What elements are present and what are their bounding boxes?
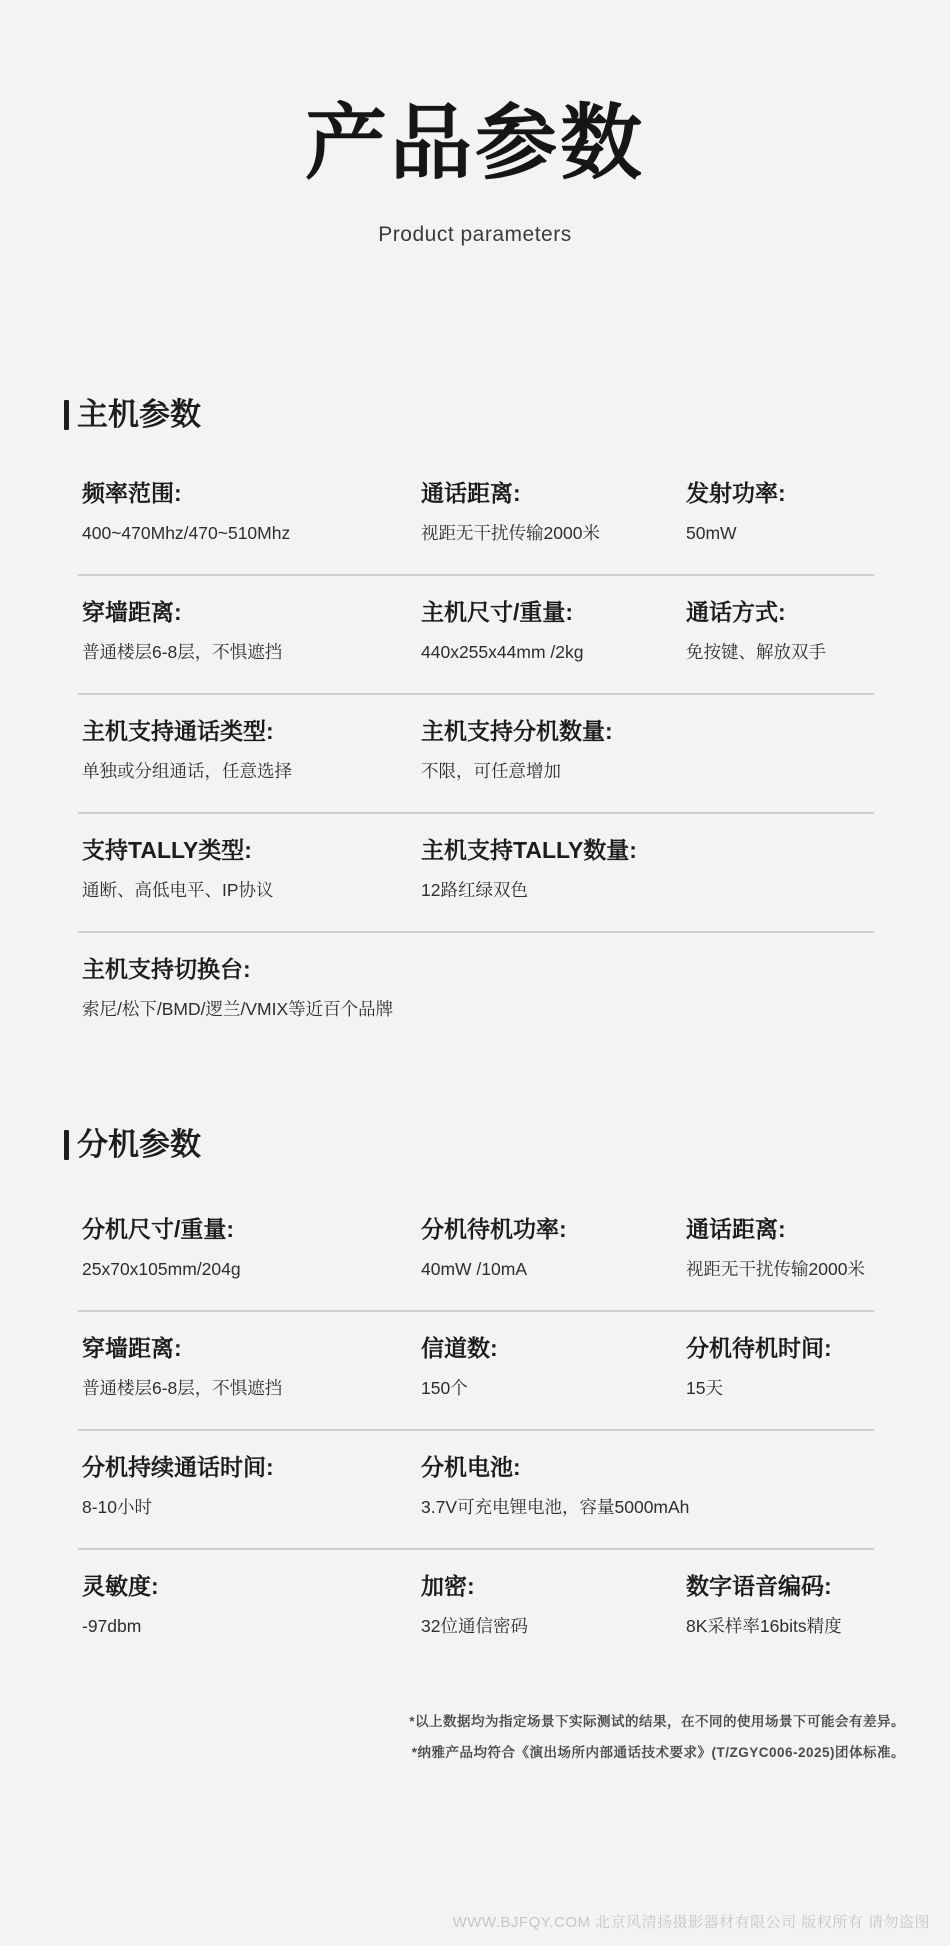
spec-item-transmit-power: 发射功率: 50mW	[686, 479, 874, 546]
spec-label: 穿墙距离:	[82, 598, 421, 627]
spec-value: 12路红绿双色	[421, 878, 874, 903]
spec-row: 主机支持切换台: 索尼/松下/BMD/逻兰/VMIX等近百个品牌	[82, 933, 874, 1050]
spec-label: 分机待机时间:	[686, 1334, 874, 1363]
handset-params-heading: 分机参数	[64, 1125, 874, 1165]
spec-row: 支持TALLY类型: 通断、高低电平、IP协议 主机支持TALLY数量: 12路…	[82, 814, 874, 931]
spec-label: 发射功率:	[686, 479, 874, 508]
spec-item-switchers: 主机支持切换台: 索尼/松下/BMD/逻兰/VMIX等近百个品牌	[82, 955, 874, 1022]
footnotes: *以上数据均为指定场景下实际测试的结果，在不同的使用场景下可能会有差异。 *纳雅…	[0, 1715, 950, 1759]
spec-item-voice-encoding: 数字语音编码: 8K采样率16bits精度	[686, 1572, 874, 1639]
spec-value: 440x255x44mm /2kg	[421, 640, 686, 665]
spec-item-handset-count: 主机支持分机数量: 不限，可任意增加	[421, 717, 874, 784]
spec-label: 灵敏度:	[82, 1572, 421, 1601]
spec-value: -97dbm	[82, 1614, 421, 1639]
spec-item-tally-count: 主机支持TALLY数量: 12路红绿双色	[421, 836, 874, 903]
spec-row: 穿墙距离: 普通楼层6-8层，不惧遮挡 主机尺寸/重量: 440x255x44m…	[82, 576, 874, 693]
handset-params-section: 分机参数 分机尺寸/重量: 25x70x105mm/204g 分机待机功率: 4…	[64, 1125, 874, 1667]
spec-label: 频率范围:	[82, 479, 421, 508]
spec-item-channel-count: 信道数: 150个	[421, 1334, 686, 1401]
spec-item-wall-distance: 穿墙距离: 普通楼层6-8层，不惧遮挡	[82, 1334, 421, 1401]
host-params-heading: 主机参数	[64, 395, 874, 435]
spec-label: 分机待机功率:	[421, 1215, 686, 1244]
spec-label: 数字语音编码:	[686, 1572, 874, 1601]
spec-item-continuous-talk-time: 分机持续通话时间: 8-10小时	[82, 1453, 421, 1520]
spec-value: 普通楼层6-8层，不惧遮挡	[82, 1376, 421, 1401]
spec-value: 50mW	[686, 521, 874, 546]
spec-label: 穿墙距离:	[82, 1334, 421, 1363]
spec-item-standby-time: 分机待机时间: 15天	[686, 1334, 874, 1401]
spec-item-sensitivity: 灵敏度: -97dbm	[82, 1572, 421, 1639]
spec-row: 频率范围: 400~470Mhz/470~510Mhz 通话距离: 视距无干扰传…	[82, 435, 874, 574]
spec-value: 单独或分组通话，任意选择	[82, 759, 421, 784]
spec-item-tally-types: 支持TALLY类型: 通断、高低电平、IP协议	[82, 836, 421, 903]
spec-item-talk-mode: 通话方式: 免按键、解放双手	[686, 598, 874, 665]
spec-item-talk-distance: 通话距离: 视距无干扰传输2000米	[686, 1215, 874, 1282]
spec-row: 灵敏度: -97dbm 加密: 32位通信密码 数字语音编码: 8K采样率16b…	[82, 1550, 874, 1667]
spec-label: 加密:	[421, 1572, 686, 1601]
spec-label: 主机支持切换台:	[82, 955, 874, 984]
host-spec-rows: 频率范围: 400~470Mhz/470~510Mhz 通话距离: 视距无干扰传…	[82, 435, 874, 1050]
spec-label: 主机尺寸/重量:	[421, 598, 686, 627]
spec-label: 主机支持TALLY数量:	[421, 836, 874, 865]
spec-row: 主机支持通话类型: 单独或分组通话，任意选择 主机支持分机数量: 不限，可任意增…	[82, 695, 874, 812]
spec-value: 不限，可任意增加	[421, 759, 874, 784]
spec-value: 8K采样率16bits精度	[686, 1614, 874, 1639]
spec-item-frequency-range: 频率范围: 400~470Mhz/470~510Mhz	[82, 479, 421, 546]
host-params-section: 主机参数 频率范围: 400~470Mhz/470~510Mhz 通话距离: 视…	[64, 395, 874, 1050]
spec-value: 8-10小时	[82, 1495, 421, 1520]
spec-label: 信道数:	[421, 1334, 686, 1363]
spec-label: 分机持续通话时间:	[82, 1453, 421, 1482]
spec-label: 分机尺寸/重量:	[82, 1215, 421, 1244]
spec-label: 主机支持分机数量:	[421, 717, 874, 746]
page-subtitle: Product parameters	[0, 223, 950, 247]
footnote-test-disclaimer: *以上数据均为指定场景下实际测试的结果，在不同的使用场景下可能会有差异。	[0, 1715, 905, 1729]
spec-item-host-size-weight: 主机尺寸/重量: 440x255x44mm /2kg	[421, 598, 686, 665]
spec-item-encryption: 加密: 32位通信密码	[421, 1572, 686, 1639]
spec-value: 视距无干扰传输2000米	[686, 1257, 874, 1282]
spec-label: 支持TALLY类型:	[82, 836, 421, 865]
copyright-watermark: WWW.BJFQY.COM 北京风清扬摄影器材有限公司 版权所有 请勿盗图	[453, 1911, 930, 1932]
spec-value: 通断、高低电平、IP协议	[82, 878, 421, 903]
spec-label: 主机支持通话类型:	[82, 717, 421, 746]
spec-item-standby-power: 分机待机功率: 40mW /10mA	[421, 1215, 686, 1282]
section-title: 主机参数	[77, 395, 201, 435]
spec-item-call-types: 主机支持通话类型: 单独或分组通话，任意选择	[82, 717, 421, 784]
spec-value: 视距无干扰传输2000米	[421, 521, 686, 546]
spec-value: 15天	[686, 1376, 874, 1401]
spec-item-handset-size-weight: 分机尺寸/重量: 25x70x105mm/204g	[82, 1215, 421, 1282]
spec-value: 150个	[421, 1376, 686, 1401]
footnote-standard-compliance: *纳雅产品均符合《演出场所内部通话技术要求》(T/ZGYC006-2025)团体…	[0, 1746, 905, 1760]
spec-value: 索尼/松下/BMD/逻兰/VMIX等近百个品牌	[82, 997, 874, 1022]
spec-value: 32位通信密码	[421, 1614, 686, 1639]
handset-spec-rows: 分机尺寸/重量: 25x70x105mm/204g 分机待机功率: 40mW /…	[82, 1165, 874, 1667]
spec-value: 普通楼层6-8层，不惧遮挡	[82, 640, 421, 665]
spec-item-battery: 分机电池: 3.7V可充电锂电池，容量5000mAh	[421, 1453, 874, 1520]
spec-row: 分机尺寸/重量: 25x70x105mm/204g 分机待机功率: 40mW /…	[82, 1165, 874, 1310]
spec-value: 3.7V可充电锂电池，容量5000mAh	[421, 1495, 874, 1520]
spec-label: 分机电池:	[421, 1453, 874, 1482]
spec-row: 分机持续通话时间: 8-10小时 分机电池: 3.7V可充电锂电池，容量5000…	[82, 1431, 874, 1548]
spec-item-wall-distance: 穿墙距离: 普通楼层6-8层，不惧遮挡	[82, 598, 421, 665]
spec-value: 免按键、解放双手	[686, 640, 874, 665]
spec-value: 25x70x105mm/204g	[82, 1257, 421, 1282]
spec-value: 400~470Mhz/470~510Mhz	[82, 521, 421, 546]
heading-bar	[64, 400, 69, 430]
spec-row: 穿墙距离: 普通楼层6-8层，不惧遮挡 信道数: 150个 分机待机时间: 15…	[82, 1312, 874, 1429]
spec-label: 通话距离:	[421, 479, 686, 508]
section-title: 分机参数	[77, 1125, 201, 1165]
spec-value: 40mW /10mA	[421, 1257, 686, 1282]
spec-label: 通话方式:	[686, 598, 874, 627]
spec-label: 通话距离:	[686, 1215, 874, 1244]
spec-item-talk-distance: 通话距离: 视距无干扰传输2000米	[421, 479, 686, 546]
page-title: 产品参数	[0, 0, 950, 193]
heading-bar	[64, 1130, 69, 1160]
